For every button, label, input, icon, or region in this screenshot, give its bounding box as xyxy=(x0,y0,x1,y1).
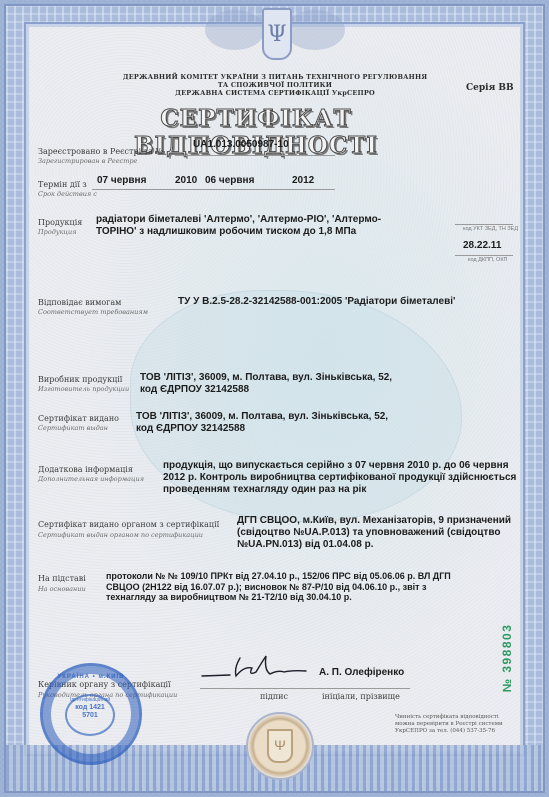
handwritten-signature xyxy=(200,652,310,682)
validity-underline xyxy=(92,189,335,190)
issued-to-details: ТОВ 'ЛІТІЗ', 36009, м. Полтава, вул. Зін… xyxy=(136,411,396,435)
product-description: радіатори біметалеві 'Алтермо', 'Алтермо… xyxy=(96,214,406,238)
requirements-standard: ТУ У В.2.5-28.2-32142588-001:2005 'Радіа… xyxy=(178,296,455,308)
authority-line-1: ДЕРЖАВНИЙ КОМІТЕТ УКРАЇНИ З ПИТАНЬ ТЕХНІ… xyxy=(90,73,460,81)
name-caption: ініціали, прізвище xyxy=(322,692,400,701)
basis-documents: протоколи № № 109/10 ПРКт від 27.04.10 р… xyxy=(106,571,466,603)
signature-underline xyxy=(200,688,410,689)
product-code-top-caption: код УКТ ЗЕД, ТН ЗЕД xyxy=(463,226,518,232)
issued-by-label: Сертифікат видано органом з сертифікації xyxy=(38,520,219,529)
certificate-sheet: Ψ ДЕРЖАВНИЙ КОМІТЕТ УКРАЇНИ З ПИТАНЬ ТЕХ… xyxy=(0,0,549,797)
basis-label-ru: На основании xyxy=(38,585,86,593)
authority-line-2: ТА СПОЖИВЧОЇ ПОЛІТИКИ xyxy=(90,81,460,89)
requirements-label: Відповідає вимогам xyxy=(38,298,121,307)
signature-caption: підпис xyxy=(260,692,288,701)
seal-ring-text: УКРАЇНА • м.КИЇВ xyxy=(43,674,139,680)
issued-by-body: ДГП СВЦОО, м.Київ, вул. Механізаторів, 9… xyxy=(237,515,522,551)
manufacturer-details: ТОВ 'ЛІТІЗ', 36009, м. Полтава, вул. Зін… xyxy=(140,372,400,396)
serial-number: № 398803 xyxy=(497,605,517,710)
seal-inner-code: код 1421 5701 xyxy=(67,704,113,720)
manufacturer-label-ru: Изготовитель продукции xyxy=(38,385,129,393)
product-label-ru: Продукция xyxy=(38,228,77,236)
official-seal: УКРАЇНА • м.КИЇВ Ідентифікаційний код 14… xyxy=(40,663,142,765)
registry-label-ru: Зарегистрирован в Реестре xyxy=(38,157,137,165)
registry-number: UA1.013.0050987-10 xyxy=(193,139,289,151)
trident-shield-icon: Ψ xyxy=(267,729,293,763)
trident-coat-of-arms-icon: Ψ xyxy=(262,8,292,60)
valid-from-year: 2010 xyxy=(175,175,197,187)
issued-by-label-ru: Сертификат выдан органом по сертификации xyxy=(38,531,203,539)
product-code: 28.22.11 xyxy=(463,240,501,252)
authority-line-3: ДЕРЖАВНА СИСТЕМА СЕРТИФІКАЦІЇ УкрСЕПРО xyxy=(90,89,460,97)
issued-to-label: Сертифікат видано xyxy=(38,414,119,423)
validity-label-ru: Срок действия с xyxy=(38,190,97,198)
valid-from-day-month: 07 червня xyxy=(97,175,146,187)
issued-to-label-ru: Сертификат выдан xyxy=(38,424,108,432)
validity-label: Термін дії з xyxy=(38,180,87,189)
product-code-bottom-rule xyxy=(455,255,513,256)
product-code-top-rule xyxy=(455,224,513,225)
requirements-label-ru: Соответствует требованиям xyxy=(38,308,148,316)
valid-to-day-month: 06 червня xyxy=(205,175,254,187)
verification-footnote: Чинність сертифіката відповідності можна… xyxy=(395,714,515,735)
additional-info-label: Додаткова інформація xyxy=(38,465,133,474)
product-label: Продукція xyxy=(38,218,82,227)
manufacturer-label: Виробник продукції xyxy=(38,375,122,384)
additional-info-text: продукція, що випускається серійно з 07 … xyxy=(163,460,518,496)
registry-underline xyxy=(175,155,335,156)
series-label: Серія ВВ xyxy=(466,83,514,93)
hologram-coat-of-arms: Ψ xyxy=(246,712,314,780)
basis-label: На підставі xyxy=(38,574,86,583)
seal-inner-caption: Ідентифікаційний xyxy=(70,697,110,703)
registry-label: Зареєстровано в Реєстрі за № xyxy=(38,147,163,156)
signatory-name: А. П. Олефіренко xyxy=(319,667,404,679)
valid-to-year: 2012 xyxy=(292,175,314,187)
griffin-ornament-right xyxy=(285,10,345,50)
seal-inner-circle: Ідентифікаційний код 1421 5701 xyxy=(65,694,115,736)
issuing-authority-header: ДЕРЖАВНИЙ КОМІТЕТ УКРАЇНИ З ПИТАНЬ ТЕХНІ… xyxy=(90,73,460,97)
serial-number-text: № 398803 xyxy=(500,623,514,692)
griffin-ornament-left xyxy=(205,10,265,50)
additional-info-label-ru: Дополнительная информация xyxy=(38,475,144,483)
product-code-bottom-caption: код ДКПП, ОКП xyxy=(468,257,507,263)
